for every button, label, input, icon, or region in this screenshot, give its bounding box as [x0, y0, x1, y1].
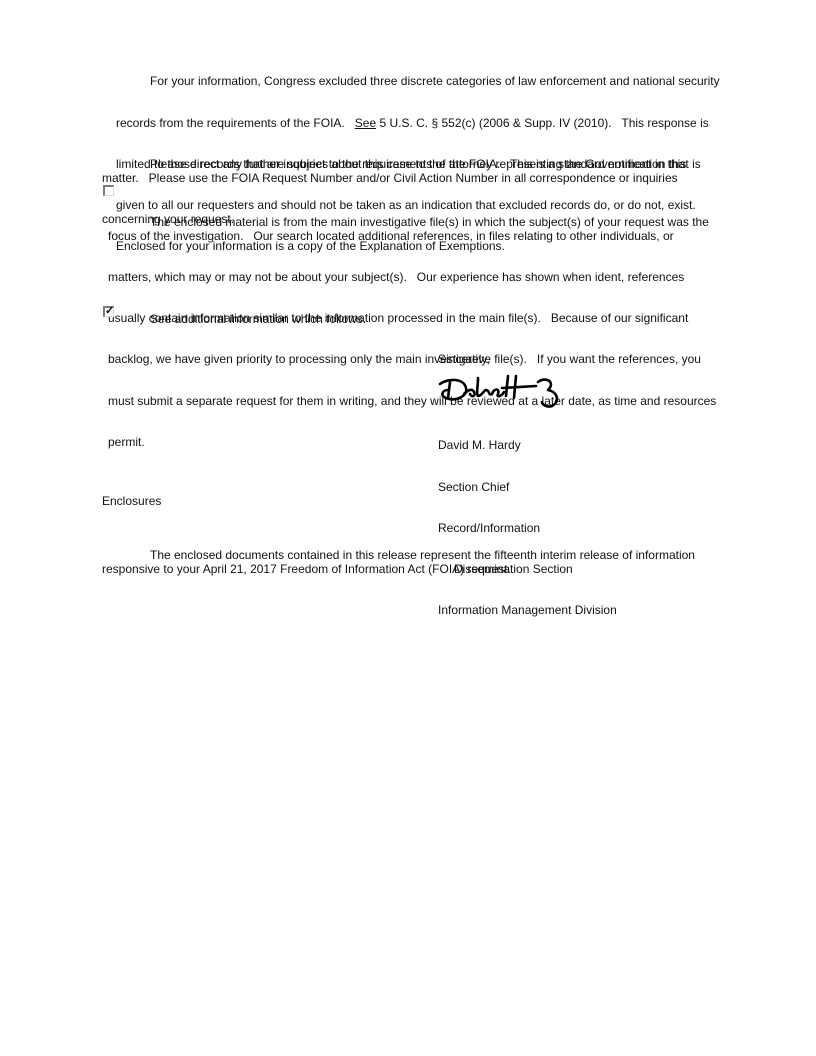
main-file-line-5: backlog, we have given priority to proce…: [108, 353, 716, 367]
main-file-line-3: matters, which may or may not be about y…: [108, 271, 716, 285]
additional-info-checkbox[interactable]: ✓: [103, 306, 114, 317]
main-file-line-6: must submit a separate request for them …: [108, 395, 716, 409]
signatory-title: Section Chief: [438, 481, 617, 495]
main-file-paragraph-cont: focus of the investigation. Our search l…: [108, 203, 716, 463]
release-note-paragraph-cont: responsive to your April 21, 2017 Freedo…: [102, 536, 511, 591]
exclusion-line-1: For your information, Congress excluded …: [150, 74, 720, 88]
release-note-line-2: responsive to your April 21, 2017 Freedo…: [102, 563, 511, 577]
main-file-checkbox[interactable]: [103, 185, 114, 196]
exclusion-line-2: records from the requirements of the FOI…: [116, 116, 355, 130]
exclusion-line-2-rest: 5 U.S. C. § 552(c) (2006 & Supp. IV (201…: [376, 116, 709, 130]
signatory-division: Information Management Division: [438, 604, 617, 618]
main-file-line-2: focus of the investigation. Our search l…: [108, 230, 716, 244]
see-citation: See: [355, 116, 376, 130]
signature-image: [434, 372, 566, 412]
inquiries-line-2: matter. Please use the FOIA Request Numb…: [102, 172, 678, 186]
checkmark-icon: ✓: [105, 305, 114, 317]
additional-info-text: See additional information which follows…: [150, 313, 366, 327]
main-file-line-7: permit.: [108, 436, 716, 450]
enclosures-label: Enclosures: [102, 495, 161, 509]
signatory-name: David M. Hardy: [438, 439, 617, 453]
salutation: Sincerely,: [438, 353, 490, 367]
